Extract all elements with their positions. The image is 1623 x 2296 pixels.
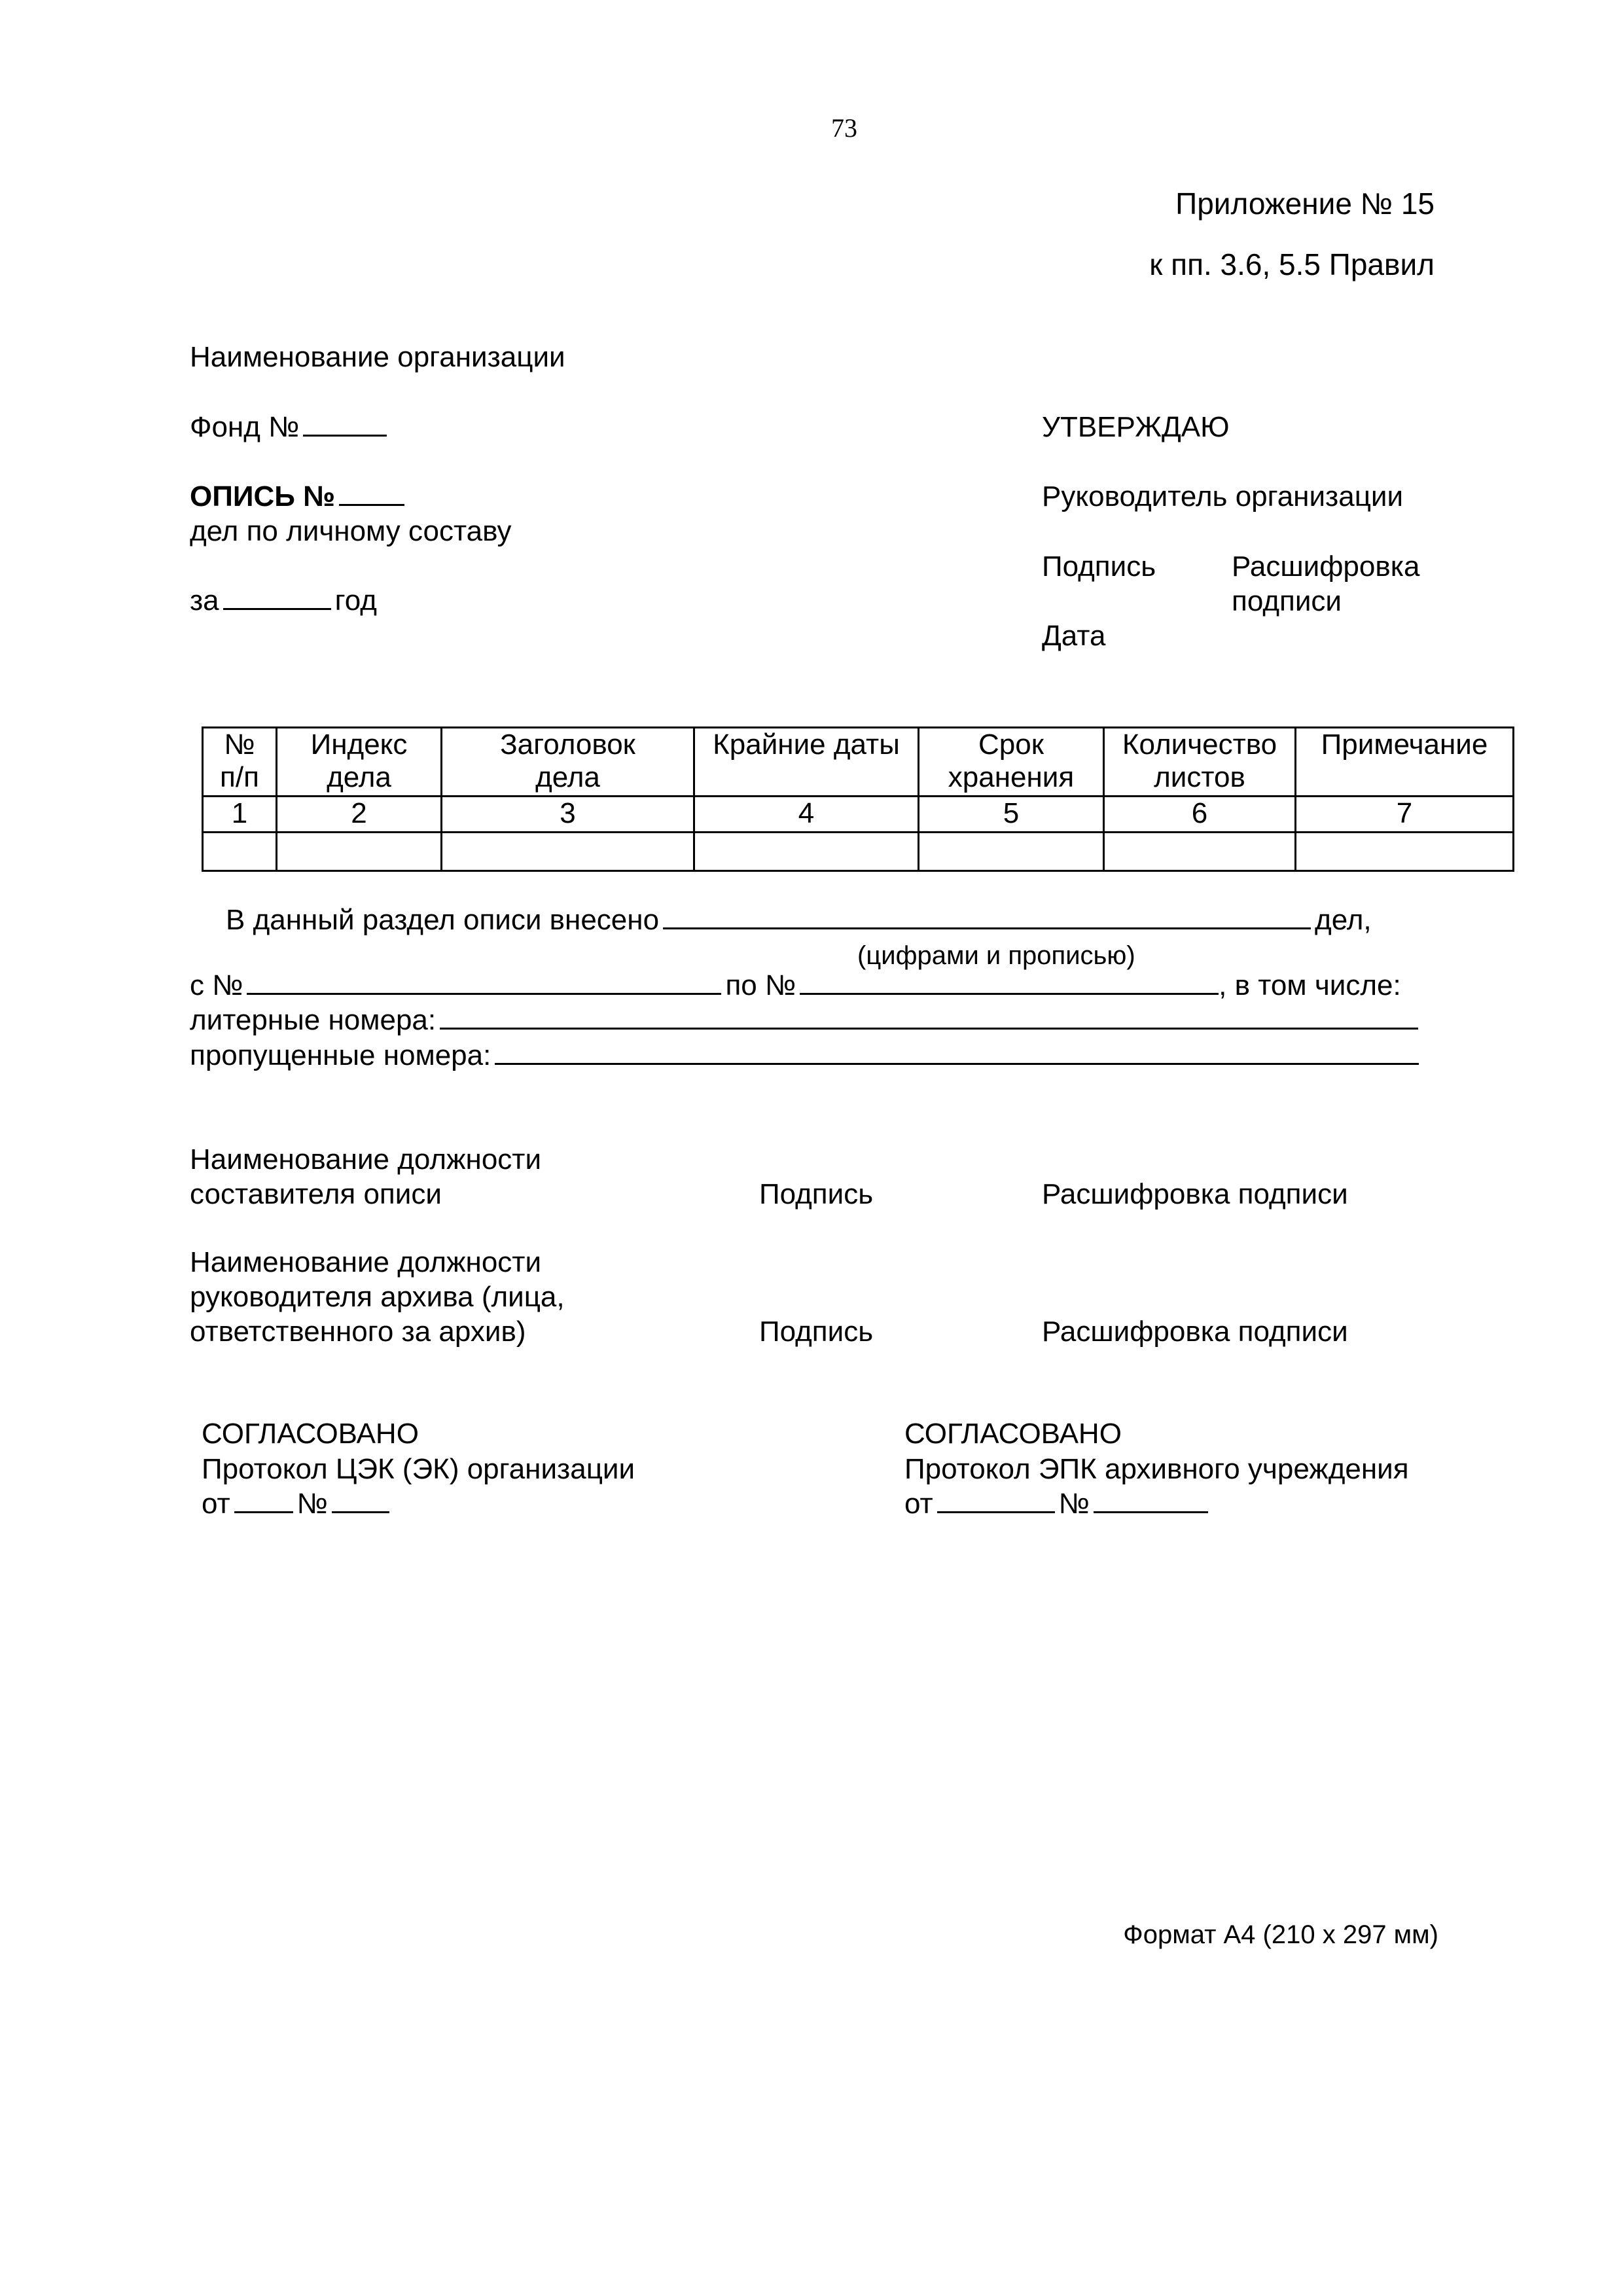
approval-position: Руководитель организации [1042,480,1403,514]
agreement-left-protocol: Протокол ЦЭК (ЭК) организации [202,1452,635,1486]
agreement-left-ref-field[interactable]: от№ [202,1487,393,1521]
from-label: с № [190,969,243,1001]
agreement-left-title: СОГЛАСОВАНО [202,1417,419,1451]
missing-numbers-field[interactable]: пропущенные номера: [190,1039,1423,1073]
fond-number-label: Фонд № [190,411,299,443]
missing-numbers-blank[interactable] [495,1039,1419,1065]
entered-prefix: В данный раздел описи внесено [226,904,659,936]
letter-numbers-blank[interactable] [440,1004,1418,1030]
letter-numbers-field[interactable]: литерные номера: [190,1003,1422,1037]
col-number-5: 5 [919,797,1104,833]
from-number-blank[interactable] [247,969,721,995]
range-field[interactable]: с №по №, в том числе: [190,969,1401,1003]
agreement-right-protocol: Протокол ЭПК архивного учреждения [904,1452,1409,1486]
archive-head-position-line1: Наименование должности [190,1246,541,1280]
table-cell[interactable] [203,833,277,871]
approval-date-label: Дата [1042,619,1105,653]
col-header-1: №п/п [203,728,277,797]
year-suffix: год [335,584,377,617]
to-number-blank[interactable] [800,969,1219,995]
format-note: Формат А4 (210 х 297 мм) [1123,1919,1438,1950]
agreement-left-number-blank[interactable] [332,1488,389,1513]
col-header-2: Индексдела [277,728,442,797]
agreement-left-from-label: от [202,1488,230,1520]
agreement-right-from-label: от [904,1488,933,1520]
col-number-3: 3 [442,797,694,833]
table-cell[interactable] [1104,833,1296,871]
col-header-4: Крайние даты [694,728,919,797]
col-header-7: Примечание [1296,728,1514,797]
archive-head-signature-label: Подпись [759,1315,873,1349]
entered-suffix: дел, [1315,904,1372,936]
approval-decode-line2: подписи [1232,584,1342,619]
year-field[interactable]: загод [190,584,377,618]
inventory-number-field[interactable]: ОПИСЬ № [190,480,408,514]
inventory-table: №п/п Индексдела Заголовокдела Крайние да… [202,726,1514,872]
archive-head-decode-label: Расшифровка подписи [1042,1315,1348,1349]
col-number-6: 6 [1104,797,1296,833]
annex-title: Приложение № 15 [1175,187,1435,221]
agreement-right-number-label: № [1059,1488,1090,1520]
approval-title: УТВЕРЖДАЮ [1042,410,1230,444]
col-header-5: Срокхранения [919,728,1104,797]
inventory-number-blank[interactable] [339,480,404,506]
year-prefix: за [190,584,219,617]
year-blank[interactable] [223,584,331,610]
table-cell[interactable] [694,833,919,871]
agreement-right-title: СОГЛАСОВАНО [904,1417,1122,1451]
table-cell[interactable] [277,833,442,871]
archive-head-position-line2: руководителя архива (лица, [190,1280,565,1314]
table-column-numbers-row: 1 2 3 4 5 6 7 [203,797,1514,833]
including-label: , в том числе: [1219,969,1401,1001]
col-number-7: 7 [1296,797,1514,833]
inventory-subtitle: дел по личному составу [190,514,512,548]
inventory-title: ОПИСЬ № [190,480,335,512]
compiler-signature-label: Подпись [759,1177,873,1211]
archive-head-position-line3: ответственного за архив) [190,1315,526,1349]
letter-numbers-label: литерные номера: [190,1004,436,1036]
entered-hint: (цифрами и прописью) [857,941,1135,971]
agreement-right-ref-field[interactable]: от№ [904,1487,1212,1521]
page-number: 73 [831,113,857,143]
compiler-position-line1: Наименование должности [190,1143,541,1177]
annex-reference: к пп. 3.6, 5.5 Правил [1149,247,1435,281]
table-cell[interactable] [919,833,1104,871]
col-header-3: Заголовокдела [442,728,694,797]
fond-number-blank[interactable] [303,411,387,437]
col-number-2: 2 [277,797,442,833]
entered-count-field[interactable]: В данный раздел описи внесенодел, [226,903,1372,937]
entered-count-blank[interactable] [663,904,1311,929]
fond-number-field[interactable]: Фонд № [190,410,391,444]
agreement-right-number-blank[interactable] [1094,1488,1208,1513]
agreement-right-date-blank[interactable] [937,1488,1055,1513]
agreement-left-number-label: № [297,1488,328,1520]
to-label: по № [725,969,796,1001]
table-cell[interactable] [442,833,694,871]
col-number-1: 1 [203,797,277,833]
approval-decode-line1: Расшифровка [1232,550,1419,584]
agreement-left-date-blank[interactable] [234,1488,293,1513]
table-header-row: №п/п Индексдела Заголовокдела Крайние да… [203,728,1514,797]
table-cell[interactable] [1296,833,1514,871]
approval-signature-label: Подпись [1042,550,1156,584]
compiler-decode-label: Расшифровка подписи [1042,1177,1348,1211]
col-number-4: 4 [694,797,919,833]
missing-numbers-label: пропущенные номера: [190,1039,491,1071]
organization-name-label: Наименование организации [190,340,565,374]
table-row [203,833,1514,871]
col-header-6: Количестволистов [1104,728,1296,797]
compiler-position-line2: составителя описи [190,1177,442,1211]
